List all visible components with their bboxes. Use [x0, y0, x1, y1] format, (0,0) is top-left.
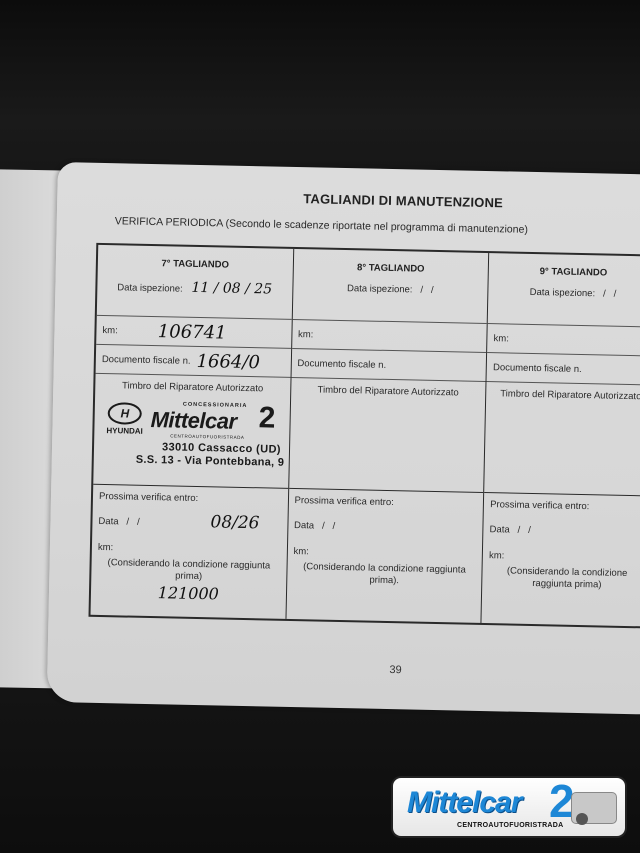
hyundai-logo: HHYUNDAI [106, 402, 143, 436]
dealer-stamp: HHYUNDAI CONCESSIONARIA Mittelcar 2 CENT… [99, 400, 291, 484]
stamp-address-1: 33010 Cassacco (UD) [162, 441, 281, 455]
mittelcar-watermark-logo: Mittelcar 2 CENTROAUTOFUORISTRADA [393, 778, 625, 836]
next-km-value: 121000 [97, 582, 280, 605]
stamp-brand: Mittelcar [150, 407, 237, 435]
service-column-9: 9° TAGLIANDO Data ispezione: / / km: Doc… [482, 253, 640, 626]
column-header: 8° TAGLIANDO Data ispezione: / / [292, 249, 488, 324]
fiscal-doc-value: 1664/0 [196, 350, 260, 372]
stamp-area: Timbro del Riparatore Autorizzato HHYUND… [93, 374, 290, 489]
column-header: 7° TAGLIANDO Data ispezione: 11 / 08 / 2… [97, 245, 293, 320]
stamp-brand-number: 2 [258, 401, 275, 435]
inspection-date-label: Data ispezione: 11 / 08 / 25 [97, 278, 292, 298]
column-heading: 7° TAGLIANDO [98, 245, 293, 272]
watermark-tagline: CENTROAUTOFUORISTRADA [457, 822, 564, 829]
stamp-label: Timbro del Riparatore Autorizzato [95, 374, 290, 395]
watermark-brand: Mittelcar [407, 786, 521, 820]
inspection-date-value: 11 / 08 / 25 [191, 280, 272, 298]
next-check: Prossima verifica entro: Data / / 08/26 … [91, 485, 288, 611]
jeep-icon [571, 792, 617, 824]
stamp-address-2: S.S. 13 - Via Pontebbana, 9 [136, 454, 285, 469]
stamp-tagline: CENTROAUTOFUORISTRADA [170, 433, 244, 440]
fiscal-doc-row: Documento fiscale n. 1664/0 [96, 345, 291, 378]
column-header: 9° TAGLIANDO Data ispezione: / / [488, 253, 640, 328]
km-row: km: 106741 [96, 316, 291, 349]
service-table: 7° TAGLIANDO Data ispezione: 11 / 08 / 2… [88, 243, 640, 629]
maintenance-booklet-page: TAGLIANDI DI MANUTENZIONE VERIFICA PERIO… [47, 162, 640, 715]
hyundai-h-icon: H [108, 402, 142, 425]
km-value: 106741 [158, 321, 227, 343]
page-number: 39 [389, 664, 401, 676]
service-column-8: 8° TAGLIANDO Data ispezione: / / km: Doc… [286, 249, 489, 623]
page-subtitle: VERIFICA PERIODICA (Secondo le scadenze … [115, 215, 528, 236]
next-date-value: 08/26 [210, 513, 259, 534]
page-title: TAGLIANDI DI MANUTENZIONE [303, 191, 503, 210]
service-column-7: 7° TAGLIANDO Data ispezione: 11 / 08 / 2… [91, 245, 294, 619]
